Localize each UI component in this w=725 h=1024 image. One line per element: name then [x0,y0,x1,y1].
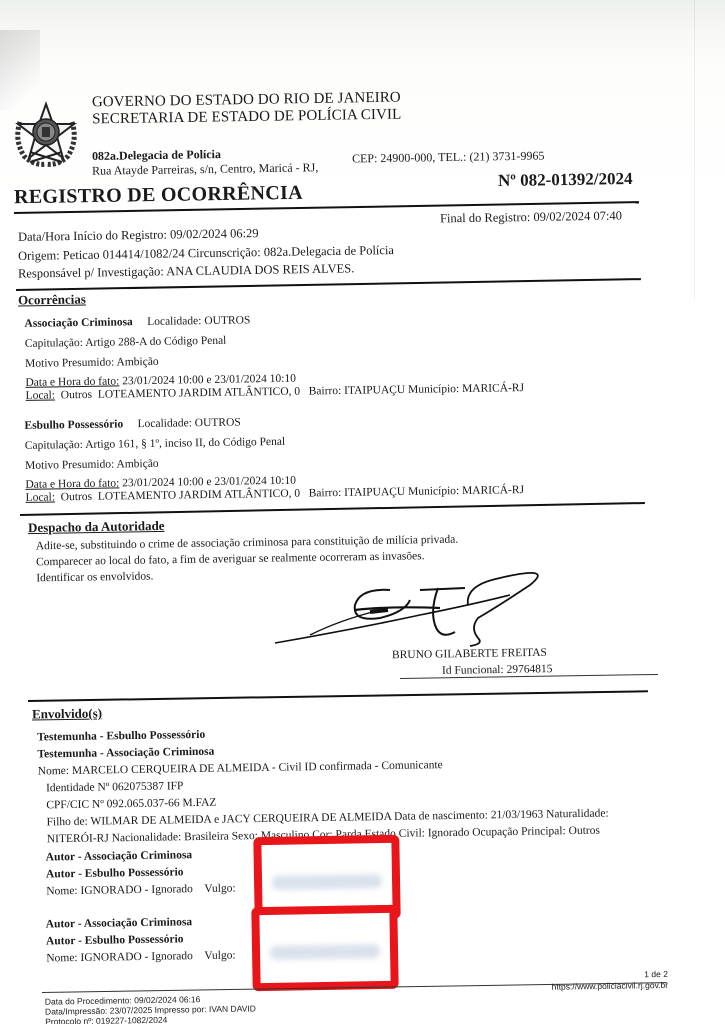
occurrence-place-label: Local: [26,389,56,401]
secretariat-name: SECRETARIA DE ESTADO DE POLÍCIA CIVIL [92,107,401,129]
occurrence-item: Esbulho Possessório Localidade: OUTROS C… [24,408,524,505]
occurrence-locality: Localidade: OUTROS [147,314,250,328]
redaction-box [251,905,398,992]
occurrence-type: Associação Criminosa [24,316,132,330]
registry-end: Final do Registro: 09/02/2024 07:40 [440,209,622,227]
signatory-name: BRUNO GILABERTE FREITAS [392,647,547,661]
occurrence-datetime-label: Data e Hora do fato: [25,477,119,490]
website-link[interactable]: https://www.policiacivil.rj.gov.br [530,980,668,993]
footer-left: Data do Procedimento: 09/02/2024 06:16 D… [45,993,256,1024]
department-contact: CEP: 24900-000, TEL.: (21) 3731-9965 [352,148,545,166]
dispatch-section-title: Despacho da Autoridade [28,518,165,536]
occurrence-locality: Localidade: OUTROS [137,417,240,431]
occurrence-item: Associação Criminosa Localidade: OUTROS … [24,306,524,403]
involved-section-title: Envolvido(s) [32,705,102,722]
occurrence-place-label: Local: [26,491,56,503]
document-title: REGISTRO DE OCORRÊNCIA [14,182,303,210]
divider [28,690,648,702]
department-address: Rua Atayde Parreiras, s/n, Centro, Maric… [92,160,318,179]
occurrence-type: Esbulho Possessório [24,418,123,432]
author-alias-label: Vulgo: [204,883,235,895]
author-name: Nome: IGNORADO - Ignorado [46,883,193,897]
registry-number: Nº 082-01392/2024 [498,169,633,191]
divider [20,502,645,516]
signatory-id: Id Funcional: 29764815 [442,663,553,677]
author-alias-label: Vulgo: [204,950,235,962]
police-star-emblem-icon [12,100,80,170]
occurrence-datetime-label: Data e Hora do fato: [25,375,119,388]
author-block: Autor - Associação Criminosa Autor - Esb… [46,914,236,968]
footer-right: 1 de 2 https://www.policiacivil.rj.gov.b… [530,969,668,993]
government-header: GOVERNO DO ESTADO DO RIO DE JANEIRO SECR… [92,90,402,129]
registry-start: Data/Hora Início do Registro: 09/02/2024… [18,226,259,245]
registry-investigator: Responsável p/ Investigação: ANA CLAUDIA… [18,261,355,281]
author-block: Autor - Associação Criminosa Autor - Esb… [46,847,236,901]
witness-block: Testemunha - Esbulho Possessório Testemu… [37,721,609,849]
signature-icon [270,570,560,650]
scanned-document-page: GOVERNO DO ESTADO DO RIO DE JANEIRO SECR… [0,0,725,1024]
author-name: Nome: IGNORADO - Ignorado [46,950,193,964]
occurrences-section-title: Ocorrências [18,291,86,308]
